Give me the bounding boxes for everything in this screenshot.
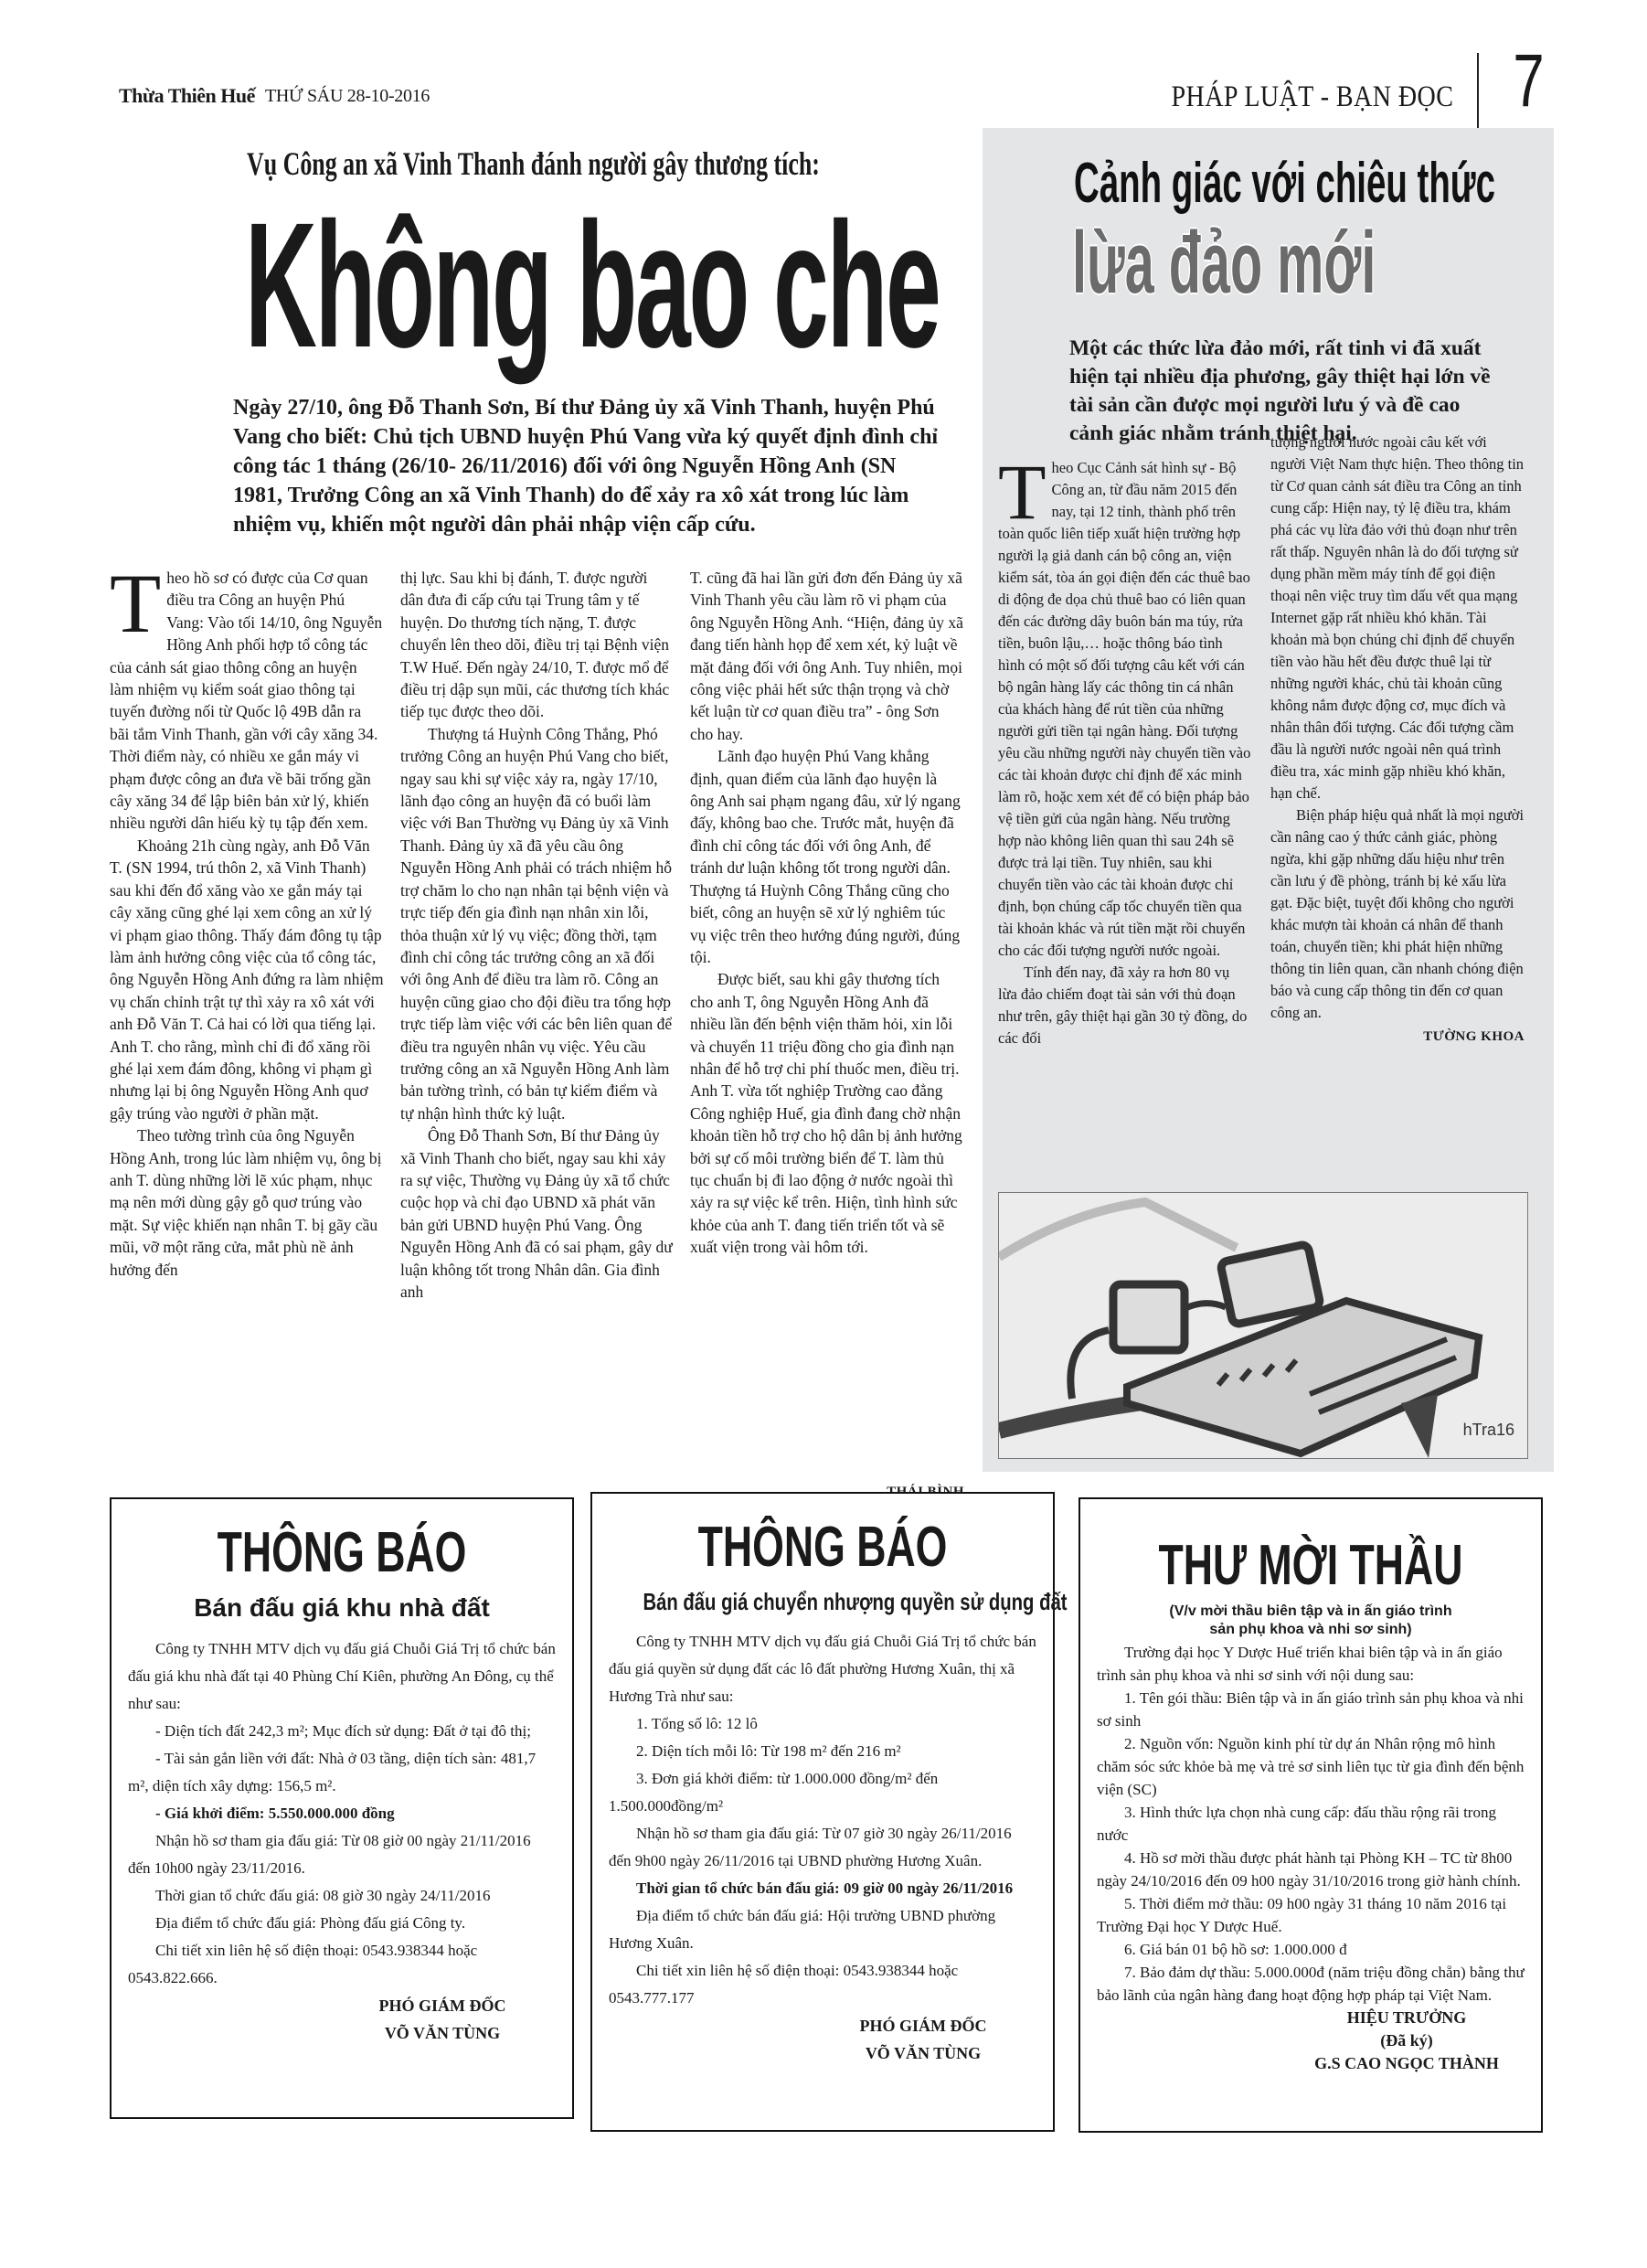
notice-body: Công ty TNHH MTV dịch vụ đấu giá Chuỗi G… [592,1628,1053,2012]
sidebar-article: Cảnh giác với chiêu thức lừa đảo mới Một… [983,128,1554,1472]
section-title: PHÁP LUẬT - BẠN ĐỌC [1171,80,1453,114]
paragraph: Theo Cục Cảnh sát hình sự - Bộ Công an, … [998,457,1252,962]
paragraph: - Diện tích đất 242,3 m²; Mục đích sử dụ… [128,1718,556,1745]
paragraph: Tính đến nay, đã xảy ra hơn 80 vụ lừa đả… [998,962,1252,1049]
article-headline: Không bao che [245,197,940,375]
sidebar-title-line2: lừa đảo mới [1072,219,1376,307]
sidebar-column-2: tượng người nước ngoài câu kết với người… [1270,431,1525,1048]
article-kicker: Vụ Công an xã Vinh Thanh đánh người gây … [247,144,820,183]
sidebar-title-line1: Cảnh giác với chiêu thức [1074,155,1495,212]
signer-name: G.S CAO NGỌC THÀNH [1272,2052,1541,2075]
paragraph: 4. Hồ sơ mời thầu được phát hành tại Phò… [1097,1847,1525,1892]
paragraph: 6. Giá bán 01 bộ hồ sơ: 1.000.000 đ [1097,1938,1525,1961]
notice-subtitle-line1: (V/v mời thầu biên tập và in ấn giáo trì… [1080,1603,1541,1620]
paragraph: 2. Nguồn vốn: Nguồn kinh phí từ dự án Nh… [1097,1732,1525,1801]
paragraph: 1. Tên gói thầu: Biên tập và in ấn giáo … [1097,1687,1525,1732]
article-lead: Ngày 27/10, ông Đỗ Thanh Sơn, Bí thư Đản… [233,393,946,539]
paragraph: Thời gian tổ chức bán đấu giá: 09 giờ 00… [609,1875,1036,1902]
paragraph: Thượng tá Huỳnh Công Thắng, Phó trưởng C… [400,723,675,1124]
paragraph: Thời gian tổ chức đấu giá: 08 giờ 30 ngà… [128,1882,556,1910]
paragraph: Địa điểm tổ chức đấu giá: Phòng đấu giá … [128,1910,556,1937]
article-column-1: Theo hồ sơ có được của Cơ quan điều tra … [110,567,384,1281]
paragraph: - Giá khởi điểm: 5.550.000.000 đồng [128,1800,556,1827]
signer-name: VÕ VĂN TÙNG [793,2039,1053,2067]
paragraph: Nhận hồ sơ tham gia đấu giá: Từ 07 giờ 3… [609,1820,1036,1875]
drop-cap: T [110,570,161,636]
paragraph: Địa điểm tổ chức bán đấu giá: Hội trường… [609,1902,1036,1957]
paragraph: 5. Thời điểm mở thầu: 09 h00 ngày 31 thá… [1097,1892,1525,1938]
article-column-3: T. cũng đã hai lần gửi đơn đến Đảng ủy x… [690,567,964,1472]
paragraph: 1. Tổng số lô: 12 lô [609,1710,1036,1738]
masthead: Thừa Thiên Huế THỨ SÁU 28-10-2016 PHÁP L… [110,27,1554,110]
notice-title: THÔNG BÁO [657,1519,989,1576]
paragraph: 7. Bảo đảm dự thầu: 5.000.000đ (năm triệ… [1097,1961,1525,2007]
paragraph: Lãnh đạo huyện Phú Vang khẳng định, quan… [690,745,964,968]
paper-name: Thừa Thiên Huế [119,84,255,108]
notice-subtitle-line2: sản phụ khoa và nhi sơ sinh) [1080,1622,1541,1638]
paragraph: Khoảng 21h cùng ngày, anh Đỗ Văn T. (SN … [110,835,384,1124]
paragraph: thị lực. Sau khi bị đánh, T. được người … [400,567,675,723]
notice-subtitle: Bán đấu giá chuyển nhượng quyền sử dụng … [643,1589,1002,1615]
computer-fraud-illustration: hTra16 [998,1192,1528,1459]
paragraph: 3. Đơn giá khởi điểm: từ 1.000.000 đồng/… [609,1765,1036,1820]
paragraph: Biện pháp hiệu quả nhất là mọi người cần… [1270,804,1525,1024]
notice-land-use-rights-auction: THÔNG BÁO Bán đấu giá chuyển nhượng quyề… [590,1492,1055,2132]
paragraph: Theo tường trình của ông Nguyễn Hồng Anh… [110,1124,384,1281]
notice-body: Công ty TNHH MTV dịch vụ đấu giá Chuỗi G… [112,1635,572,1992]
notice-title: THƯ MỜI THẦU [1145,1538,1477,1594]
drop-cap: T [998,461,1047,523]
paragraph: Công ty TNHH MTV dịch vụ đấu giá Chuỗi G… [609,1628,1036,1710]
paragraph: tượng người nước ngoài câu kết với người… [1270,431,1525,804]
keyboard-glasses-icon [999,1193,1528,1459]
signer-name: VÕ VĂN TÙNG [313,2019,572,2047]
notice-bid-invitation: THƯ MỜI THẦU (V/v mời thầu biên tập và i… [1079,1497,1543,2133]
paragraph: Công ty TNHH MTV dịch vụ đấu giá Chuỗi G… [128,1635,556,1718]
paragraph: Chi tiết xin liên hệ số điện thoại: 0543… [609,1957,1036,2012]
signer-title: HIỆU TRƯỞNG [1272,2007,1541,2029]
sidebar-byline: TƯỜNG KHOA [1270,1026,1525,1048]
signer-note: (Đã ký) [1272,2029,1541,2052]
masthead-divider [1477,53,1479,128]
paragraph: 2. Diện tích mỗi lô: Từ 198 m² đến 216 m… [609,1738,1036,1765]
paragraph: Trường đại học Y Dược Huế triển khai biê… [1097,1641,1525,1687]
notice-body: Trường đại học Y Dược Huế triển khai biê… [1080,1641,1541,2007]
page-number: 7 [1514,44,1545,119]
issue-date: THỨ SÁU 28-10-2016 [265,86,430,107]
notice-land-auction: THÔNG BÁO Bán đấu giá khu nhà đất Công t… [110,1497,574,2119]
illustrator-signature: hTra16 [1463,1421,1514,1440]
paragraph: Nhận hồ sơ tham gia đấu giá: Từ 08 giờ 0… [128,1827,556,1882]
paragraph: Ông Đỗ Thanh Sơn, Bí thư Đảng ủy xã Vinh… [400,1124,675,1303]
article-column-2: thị lực. Sau khi bị đánh, T. được người … [400,567,675,1303]
paragraph: T. cũng đã hai lần gửi đơn đến Đảng ủy x… [690,567,964,745]
signer-title: PHÓ GIÁM ĐỐC [313,1992,572,2019]
signer-title: PHÓ GIÁM ĐỐC [793,2012,1053,2039]
paragraph: 3. Hình thức lựa chọn nhà cung cấp: đấu … [1097,1801,1525,1847]
paragraph: Chi tiết xin liên hệ số điện thoại: 0543… [128,1937,556,1992]
paragraph: Được biết, sau khi gây thương tích cho a… [690,968,964,1258]
notice-subtitle: Bán đấu giá khu nhà đất [112,1594,572,1623]
notice-title: THÔNG BÁO [176,1525,508,1581]
sidebar-column-1: Theo Cục Cảnh sát hình sự - Bộ Công an, … [998,457,1252,1049]
paragraph: Theo hồ sơ có được của Cơ quan điều tra … [110,567,384,835]
paragraph: - Tài sản gắn liền với đất: Nhà ở 03 tần… [128,1745,556,1800]
